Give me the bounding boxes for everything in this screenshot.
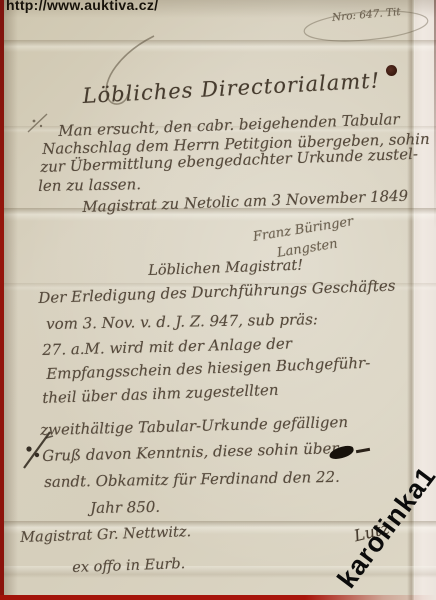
salutation: Löblichen Magistrat! [148,258,303,279]
ink-blot [356,448,370,453]
closing-line: ex offo in Eurb. [72,556,186,576]
auction-url-overlay: http://www.auktiva.cz/ [6,0,158,13]
signature: Franz Büringer [252,214,354,245]
wax-seal-spot-icon [386,65,397,76]
handwritten-line: theil über das ihm zugestellten [42,381,279,407]
handwritten-line: zweithältige Tabular-Urkunde gefälligen [40,413,348,439]
handwritten-line: Jahr 850. [90,498,160,517]
scanned-letter: http://www.auktiva.cz/ Nro: 647. Tit Löb… [0,0,436,600]
handwritten-line: vom 3. Nov. v. d. J. Z. 947, sub präs: [46,310,318,333]
scan-border-bottom [0,595,436,600]
handwritten-line: Gruß davon Kenntnis, diese sohin über- [42,439,344,465]
margin-reference-mark [20,428,54,472]
handwritten-line: sandt. Obkamitz für Ferdinand den 22. [44,468,340,491]
handwritten-line: Der Erledigung des Durchführungs Geschäf… [38,277,396,307]
paper-edge-shadow [4,0,18,600]
handwritten-line: len zu lassen. [38,175,141,195]
closing-line: Magistrat Gr. Nettwitz. [20,524,191,546]
handwritten-line: 27. a.M. wird mit der Anlage der [42,334,292,359]
margin-reference-mark [26,112,50,134]
signature: Langsten [276,236,339,260]
scan-border-left [0,0,4,600]
handwritten-line: Empfangsschein des hiesigen Buchgeführ- [46,354,371,383]
